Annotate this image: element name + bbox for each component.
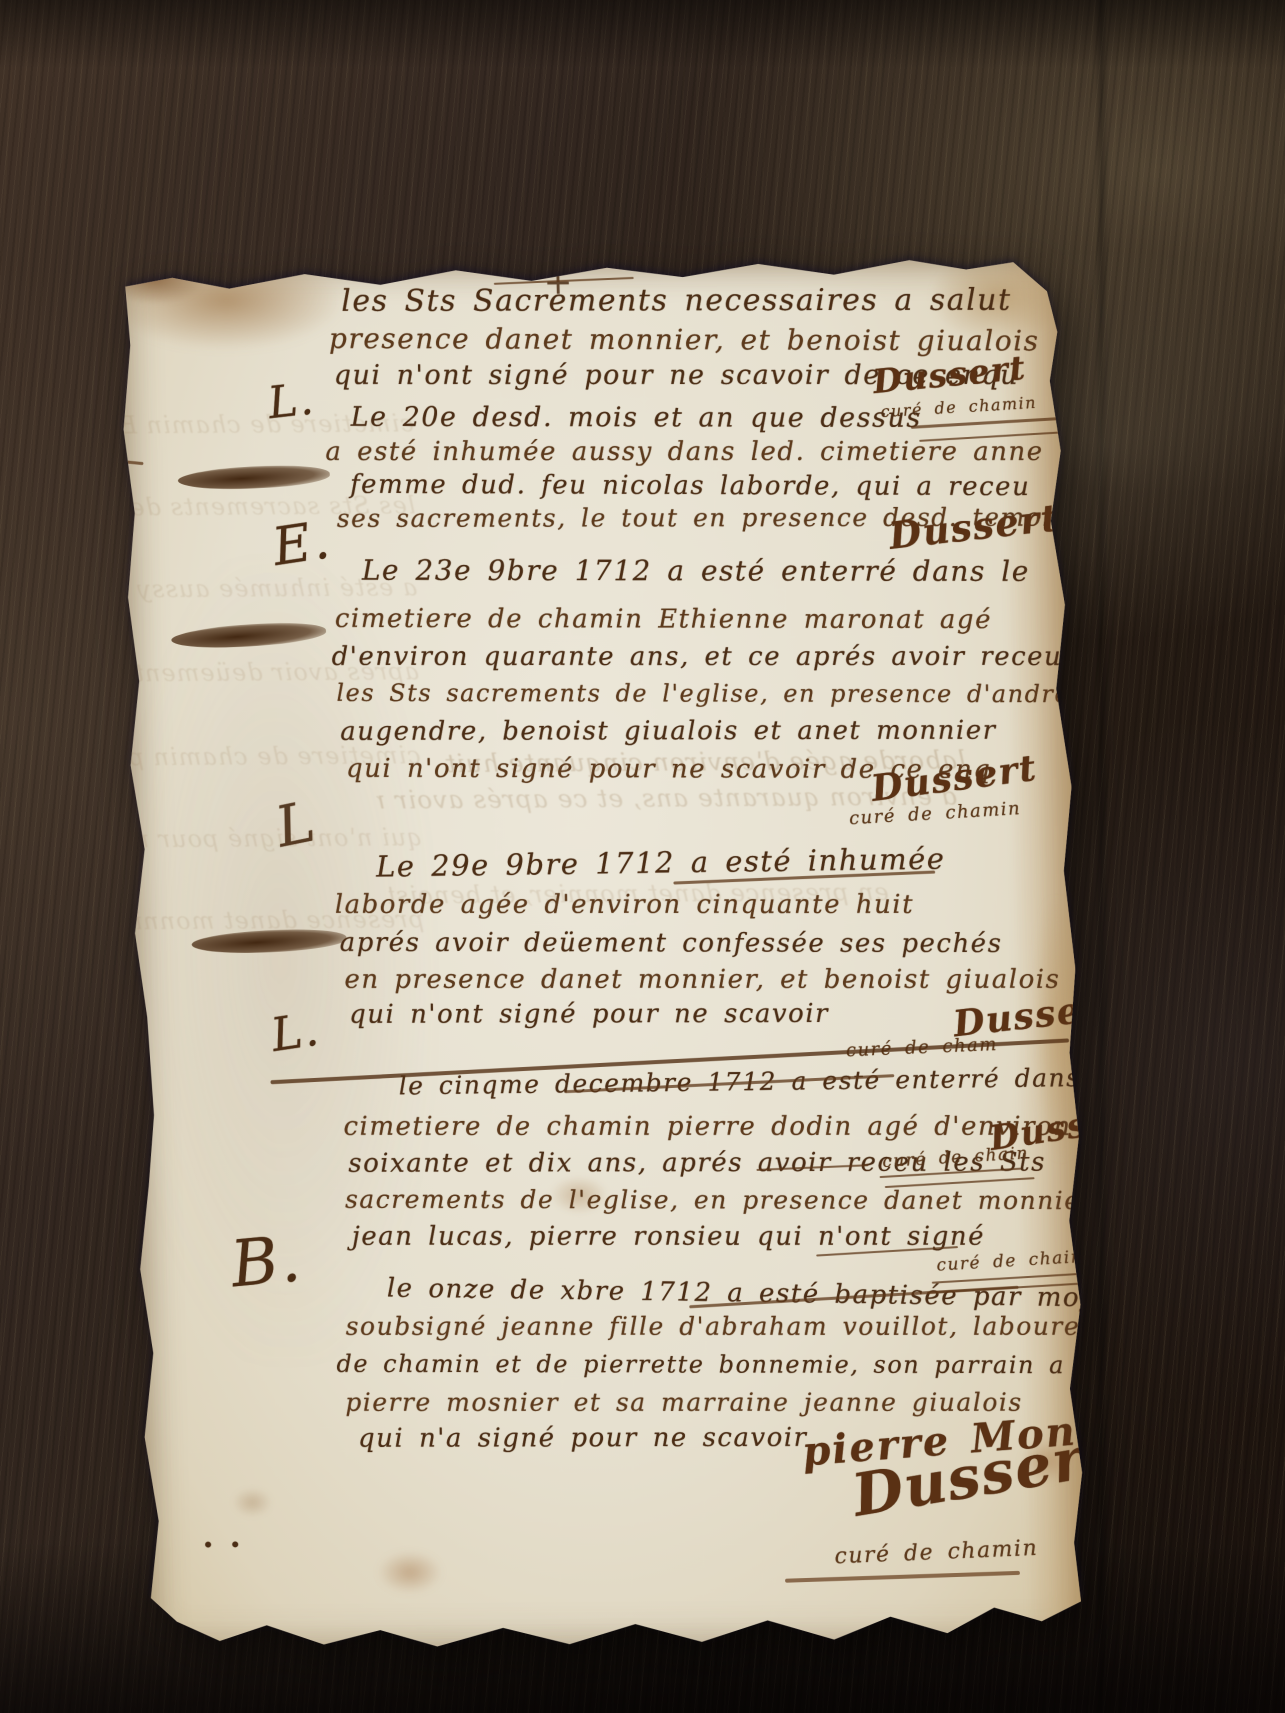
register-line: femme dud. feu nicolas laborde, qui a re… <box>350 470 1031 502</box>
register-line: aprés avoir deüement confessée ses peché… <box>339 928 1002 959</box>
edge-tick-mark <box>115 459 143 465</box>
ink-scribble-crossout <box>177 462 330 493</box>
register-line: pierre mosnier et sa marraine jeanne giu… <box>345 1388 1023 1417</box>
register-line: Le 23e 9bre 1712 a esté enterré dans le <box>362 554 1030 588</box>
ink-scribble-crossout <box>170 619 326 653</box>
register-line: presence danet monnier, et benoist giual… <box>329 322 1040 357</box>
register-line: a esté inhumée aussy dans led. cimetiere… <box>325 437 1044 467</box>
stain-top-left-dark <box>107 255 203 304</box>
margin-mark-burial: L. <box>267 1002 323 1062</box>
register-line: de chamin et de pierrette bonnemie, son … <box>336 1350 1135 1379</box>
margin-mark-burial: L. <box>265 373 317 429</box>
register-line: jean lucas, pierre ronsieu qui n'ont sig… <box>352 1222 986 1252</box>
signature-title: curé de chamin <box>834 1536 1039 1570</box>
register-line: Le 20e desd. mois et an que dessus <box>350 402 921 434</box>
register-line: qui n'ont signé pour ne scavoir <box>349 999 829 1030</box>
register-line: d'environ quarante ans, et ce aprés avoi… <box>331 642 1062 672</box>
stain-foxing-left <box>233 1488 272 1516</box>
paper-sheet: cimetiere de chamin Ethienne maronat agé… <box>115 255 1089 1661</box>
stain-top-left-corner <box>105 250 347 352</box>
ink-dots-mark: • • <box>202 1532 243 1556</box>
manuscript-page: cimetiere de chamin Ethienne maronat agé… <box>115 255 1089 1661</box>
register-line: laborde agée d'environ cinquante huit <box>335 890 915 920</box>
margin-mark-baptism: B. <box>227 1222 305 1302</box>
register-line: les Sts sacrements de l'eglise, en prese… <box>336 679 1070 708</box>
register-line: sacrements de l'eglise, en presence dane… <box>345 1185 1101 1215</box>
register-line: en presence danet monnier, et benoist gi… <box>344 965 1060 995</box>
register-line: cimetiere de chamin Ethienne maronat agé <box>335 604 992 635</box>
stain-spot-bottom-center <box>377 1551 442 1593</box>
register-line: cimetiere de chamin pierre dodin agé d'e… <box>343 1112 1071 1142</box>
register-line: soubsigné jeanne fille d'abraham vouillo… <box>345 1312 1111 1341</box>
register-line: les Sts Sacrements necessaires a salut <box>341 283 1012 319</box>
ink-flourish-stroke <box>785 1571 1020 1583</box>
register-line: augendre, benoist giualois et anet monni… <box>340 716 997 747</box>
photo-scene: cimetiere de chamin Ethienne maronat agé… <box>0 0 1285 1713</box>
ink-stroke <box>911 417 1061 429</box>
margin-mark-burial: E. <box>269 510 335 578</box>
register-line: qui n'a signé pour ne scavoir <box>358 1423 808 1454</box>
